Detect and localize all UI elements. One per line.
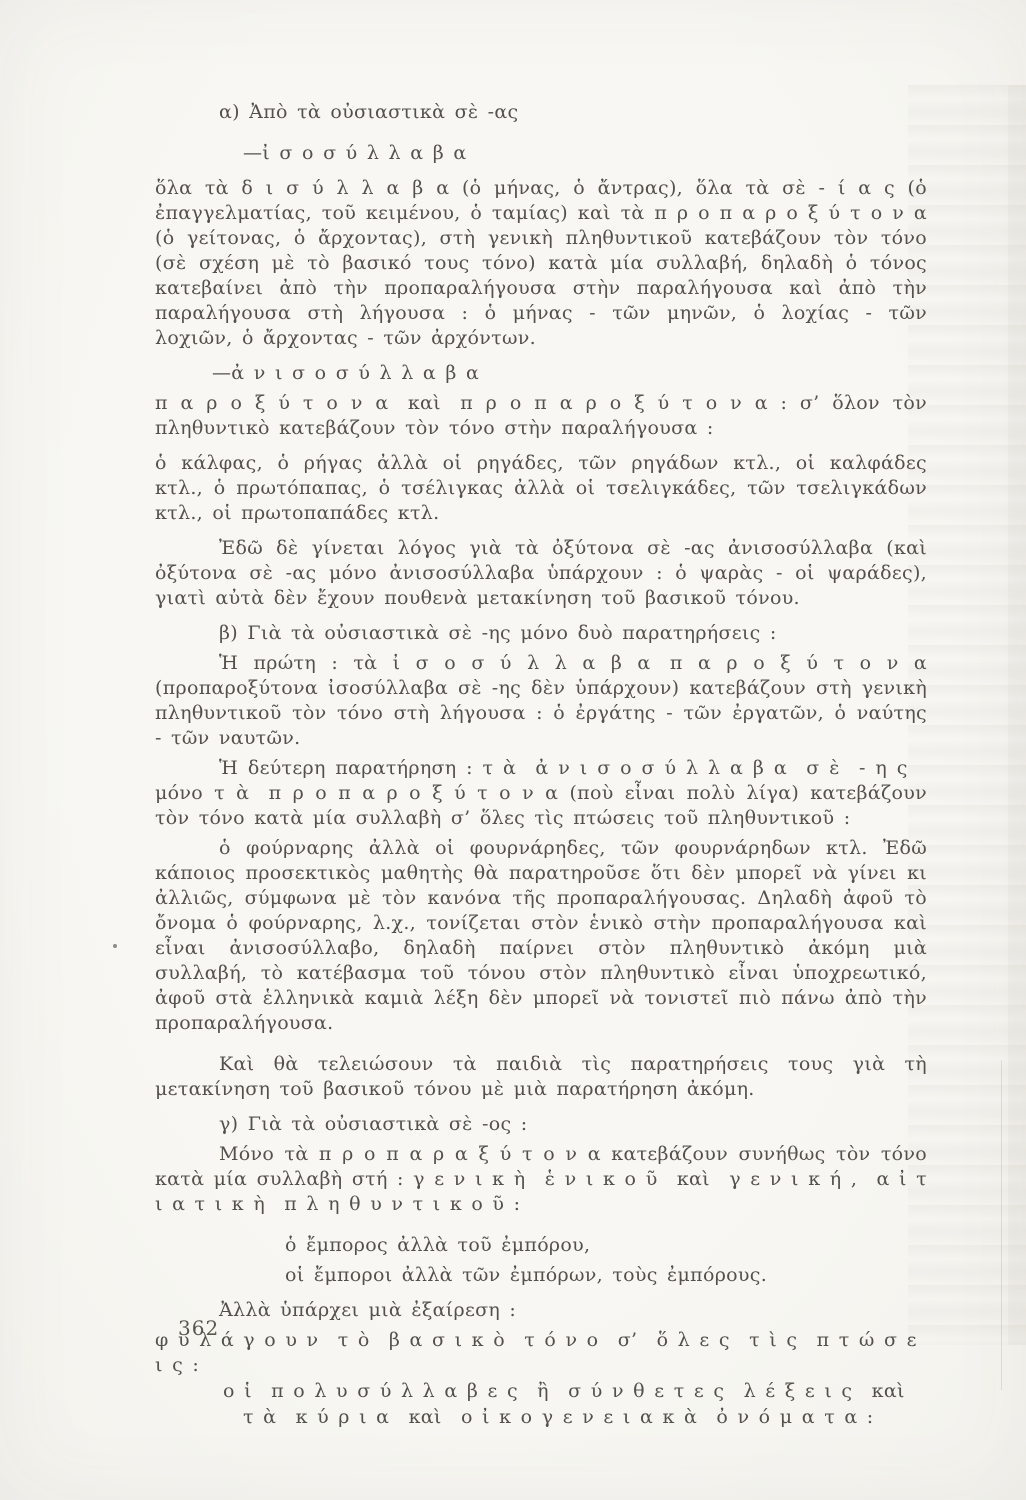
body-paragraph: ὅλα τὰ δ ι σ ύ λ λ α β α (ὁ μήνας, ὁ ἄντ… — [155, 176, 927, 351]
section-heading-g: γ) Γιὰ τὰ οὐσιαστικὰ σὲ -ος : — [155, 1112, 927, 1137]
body-paragraph: ὁ φούρναρης ἀλλὰ οἱ φουρνάρηδες, τῶν φου… — [155, 836, 927, 1036]
spaced-rule-line: τ ὰ κ ύ ρ ι α καὶ ο ἰ κ ο γ ε ν ε ι α κ … — [243, 1405, 927, 1430]
body-paragraph: Ἐδῶ δὲ γίνεται λόγος γιὰ τὰ ὀξύτονα σὲ -… — [155, 536, 927, 611]
page-edge-shadow — [1001, 1060, 1002, 1390]
spaced-rule-line: ο ἱ π ο λ υ σ ύ λ λ α β ε ς ἢ σ ύ ν θ ε … — [223, 1379, 927, 1404]
body-paragraph: Καὶ θὰ τελειώσουν τὰ παιδιὰ τὶς παρατηρή… — [155, 1052, 927, 1102]
page-number: 362 — [178, 1316, 219, 1340]
subheading-isosyllaba: —ἰ σ ο σ ύ λ λ α β α — [243, 141, 927, 166]
subheading-anisosyllaba: —ἀ ν ι σ ο σ ύ λ λ α β α — [212, 361, 927, 386]
body-paragraph: Ἀλλὰ ὑπάρχει μιὰ ἐξαίρεση : — [155, 1298, 927, 1323]
body-paragraph: π α ρ ο ξ ύ τ ο ν α καὶ π ρ ο π α ρ ο ξ … — [155, 391, 927, 441]
section-heading-a: α) Ἀπὸ τὰ οὐσιαστικὰ σὲ -ας — [155, 100, 927, 125]
scanned-book-page: α) Ἀπὸ τὰ οὐσιαστικὰ σὲ -ας —ἰ σ ο σ ύ λ… — [0, 0, 1026, 1500]
example-line: οἱ ἔμποροι ἀλλὰ τῶν ἐμπόρων, τοὺς ἐμπόρο… — [285, 1263, 927, 1288]
example-paragraph: ὁ κάλφας, ὁ ρήγας ἀλλὰ οἱ ρηγάδες, τῶν ρ… — [155, 451, 927, 526]
text-block: α) Ἀπὸ τὰ οὐσιαστικὰ σὲ -ας —ἰ σ ο σ ύ λ… — [155, 100, 927, 1430]
section-heading-b: β) Γιὰ τὰ οὐσιαστικὰ σὲ -ης μόνο δυὸ παρ… — [155, 621, 927, 646]
example-line: ὁ ἔμπορος ἀλλὰ τοῦ ἐμπόρου, — [285, 1233, 927, 1258]
body-paragraph: Ἡ δεύτερη παρατήρηση : τ ὰ ἀ ν ι σ ο σ ύ… — [155, 756, 927, 831]
body-paragraph: Ἡ πρώτη : τὰ ἰ σ ο σ ύ λ λ α β α π α ρ ο… — [155, 651, 927, 751]
ink-speck — [113, 944, 117, 948]
body-paragraph: Μόνο τὰ π ρ ο π α ρ α ξ ύ τ ο ν α κατεβά… — [155, 1142, 927, 1217]
spaced-rule-line: φ υ λ ά γ ο υ ν τ ὸ β α σ ι κ ὸ τ ό ν ο … — [155, 1328, 927, 1378]
